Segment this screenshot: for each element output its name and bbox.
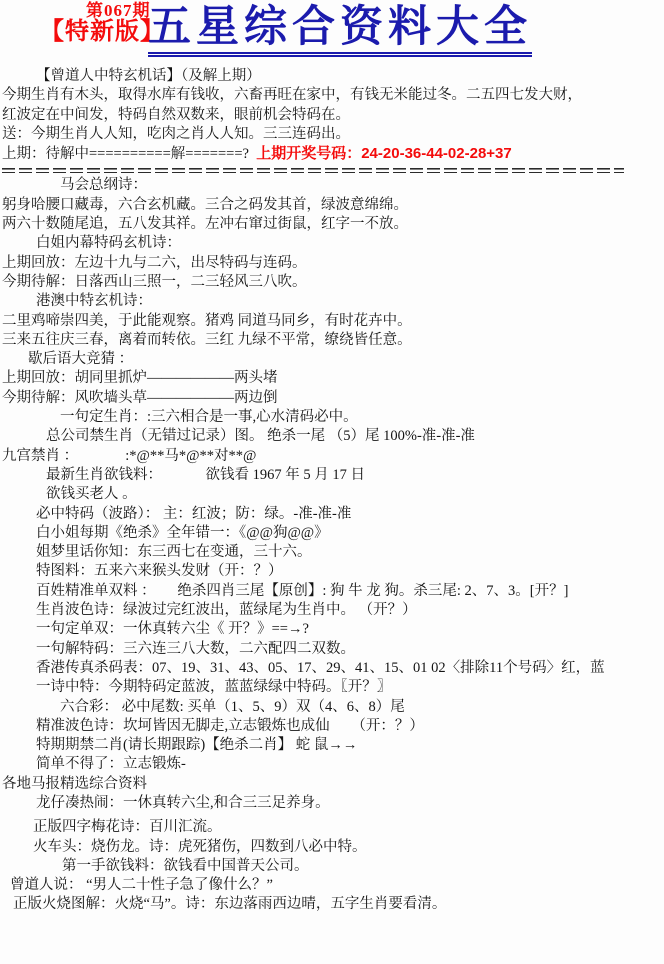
text-line-body: 龙仔凑热闹：一休真转六尘,和合三三足养身。 [36, 795, 330, 811]
text-line: 龙仔凑热闹：一休真转六尘,和合三三足养身。 [0, 794, 664, 813]
text-line-body: 今期生肖有木头，取得水库有钱收，六畜再旺在家中，有钱无米能过冬。二五四七发大财， [2, 87, 582, 103]
text-line: 正版火烧图解：火烧“马”。诗：东边落雨西边晴，五字生肖要看清。 [0, 895, 664, 914]
text-line: 姐梦里话你知：东三西七在变通，三十六。 [0, 543, 664, 562]
text-line-body: 姐梦里话你知：东三西七在变通，三十六。 [36, 544, 312, 560]
text-line: 白姐内幕特码玄机诗： [0, 234, 664, 253]
text-line-body: 各地马报精选综合资料 [2, 776, 147, 792]
text-line: 二里鸡啼崇四美，于此能观察。猪鸡 同道马同乡，有时花卉中。 [0, 312, 664, 331]
text-line-body: 香港传真杀码表：07、19、31、43、05、17、29、41、15、01 02… [36, 660, 605, 676]
text-line-body: 马会总纲诗： [60, 177, 147, 193]
text-line-body: 简单不得了：立志锻炼- [36, 756, 186, 772]
text-line-body: 今期待解：风吹墙头草——————两边倒 [2, 390, 278, 406]
text-line: 特图料：五来六来猴头发财（开：？） [0, 562, 664, 581]
text-line: 曾道人说： “男人二十性子急了像什么？” [0, 876, 664, 895]
divider-rule [2, 168, 624, 173]
text-line: 今期待解：日落西山三照一，二三轻风三八吹。 [0, 273, 664, 292]
text-line: 第一手欲钱料：欲钱看中国普天公司。 [0, 857, 664, 876]
text-line: 港澳中特玄机诗： [0, 292, 664, 311]
text-line-body: 一句定生肖：:三六相合是一事,心水清码必中。 [60, 409, 358, 425]
text-line: 欲钱买老人 。 [0, 485, 664, 504]
text-line: 总公司禁生肖（无错过记录）图。 绝杀一尾 （5）尾 100%-准-准-准 [0, 427, 664, 446]
prev-draw-result: 上期开奖号码：24-20-36-44-02-28+37 [256, 145, 512, 162]
text-line: 上期：待解中==========解=======? 上期开奖号码：24-20-3… [0, 144, 664, 164]
text-line: 上期回放：胡同里抓炉——————两头堵 [0, 369, 664, 388]
text-line: 正版四字梅花诗：百川汇流。 [0, 818, 664, 837]
issue-number: 第067期 [40, 2, 165, 20]
text-line-body: 欲钱买老人 。 [46, 486, 137, 502]
text-line: 一句解特码：三六连三八大数，二六配四二双数。 [0, 640, 664, 659]
lottery-info-sheet: 第067期 【特新版】 五星综合资料大全 【曾道人中特玄机话】（及解上期）今期生… [0, 0, 664, 964]
text-line: 歇后语大竞猜 ： [0, 350, 664, 369]
text-line-body: 生肖波色诗：绿波过完红波出，蓝绿尾为生肖中。 （开？） [36, 602, 417, 618]
text-line-body: 火车头：烧伤龙。诗：虎死猪伤，四数到八必中特。 [33, 839, 367, 855]
text-line-body: 总公司禁生肖（无错过记录）图。 绝杀一尾 （5）尾 100%-准-准-准 [46, 428, 475, 444]
text-line-body: 白小姐每期《绝杀》全年错一：《@@狗@@》 [36, 525, 329, 541]
text-line-body: 今期待解：日落西山三照一，二三轻风三八吹。 [2, 274, 307, 290]
text-line-body: 九宫禁肖 ： :*@**马*@**对**@ [2, 448, 256, 464]
text-line-body: 两六十数随尾追，五八发其祥。左冲右窜过街鼠，红字一不放。 [2, 216, 408, 232]
text-line-body: 特图料：五来六来猴头发财（开：？） [36, 563, 283, 579]
text-line-body: 白姐内幕特码玄机诗： [36, 235, 181, 251]
text-line: 一句定单双：一休真转六尘《 开？》==→? [0, 620, 664, 639]
text-line: 生肖波色诗：绿波过完红波出，蓝绿尾为生肖中。 （开？） [0, 601, 664, 620]
text-line-body: 港澳中特玄机诗： [36, 293, 152, 309]
text-line: 今期待解：风吹墙头草——————两边倒 [0, 389, 664, 408]
text-line: 送：今期生肖人人知，吃肉之肖人人知。三三连码出。 [0, 125, 664, 144]
text-line: 一诗中特：今期特码定蓝波，蓝蓝绿绿中特码。〖开？〗 [0, 678, 664, 697]
text-line-body: 红波定在中间发，特码自然双数来，眼前机会特码在。 [2, 107, 350, 123]
text-line: 红波定在中间发，特码自然双数来，眼前机会特码在。 [0, 106, 664, 125]
edition-label: 【特新版】 [40, 20, 165, 45]
text-line: 必中特码（波路）： 主：红波；防：绿。-准-准-准 [0, 505, 664, 524]
text-line-body: 第一手欲钱料：欲钱看中国普天公司。 [62, 858, 309, 874]
page-title: 五星综合资料大全 [148, 4, 532, 57]
text-line-body: 一诗中特：今期特码定蓝波，蓝蓝绿绿中特码。〖开？〗 [36, 679, 391, 695]
text-line: 上期回放：左边十九与二六，出尽特码与连码。 [0, 254, 664, 273]
text-line: 最新生肖欲钱料： 欲钱看 1967 年 5 月 17 日 [0, 466, 664, 485]
text-line-body: 曾道人说： “男人二十性子急了像什么？” [10, 877, 273, 893]
text-line-body: 歇后语大竞猜 ： [28, 351, 133, 367]
text-line: 躬身哈腰口藏毒，六合玄机藏。三合之码发其首，绿波意绵绵。 [0, 196, 664, 215]
edition-badge: 第067期 【特新版】 [40, 2, 165, 45]
text-line: 一句定生肖：:三六相合是一事,心水清码必中。 [0, 408, 664, 427]
text-line: 精准波色诗：坎坷皆因无脚走,立志锻炼也成仙 （开：？） [0, 717, 664, 736]
text-line: 九宫禁肖 ： :*@**马*@**对**@ [0, 447, 664, 466]
text-line: 白小姐每期《绝杀》全年错一：《@@狗@@》 [0, 524, 664, 543]
text-line: 两六十数随尾追，五八发其祥。左冲右窜过街鼠，红字一不放。 [0, 215, 664, 234]
text-line: 各地马报精选综合资料 [0, 775, 664, 794]
text-line-body: 上期：待解中==========解=======? [2, 146, 256, 162]
text-line: 百姓精准单双料 ： 绝杀四肖三尾【原创】: 狗 牛 龙 狗。杀三尾: 2、7、3… [0, 582, 664, 601]
text-line: 马会总纲诗： [0, 176, 664, 195]
text-line-body: 正版火烧图解：火烧“马”。诗：东边落雨西边晴，五字生肖要看清。 [13, 896, 446, 912]
text-line-body: 必中特码（波路）： 主：红波；防：绿。-准-准-准 [36, 506, 351, 522]
text-line-body: 一句定单双：一休真转六尘《 开？》==→? [36, 621, 309, 637]
text-line: 今期生肖有木头，取得水库有钱收，六畜再旺在家中，有钱无米能过冬。二五四七发大财， [0, 86, 664, 105]
text-line: 三来五往庆三春，离着而转依。三红 九绿不平常，缭绕皆任意。 [0, 331, 664, 350]
text-line-body: 最新生肖欲钱料： 欲钱看 1967 年 5 月 17 日 [46, 467, 365, 483]
text-line-body: 【曾道人中特玄机话】（及解上期） [36, 68, 261, 84]
text-line-body: 二里鸡啼崇四美，于此能观察。猪鸡 同道马同乡，有时花卉中。 [2, 313, 412, 329]
text-line: 简单不得了：立志锻炼- [0, 755, 664, 774]
text-line-body: 六合彩： 必中尾数: 买单（1、5、9）双（4、6、8）尾 [60, 699, 405, 715]
text-line: 【曾道人中特玄机话】（及解上期） [0, 67, 664, 86]
text-line-body: 一句解特码：三六连三八大数，二六配四二双数。 [36, 641, 355, 657]
text-line-body: 躬身哈腰口藏毒，六合玄机藏。三合之码发其首，绿波意绵绵。 [2, 197, 408, 213]
text-line-body: 上期回放：胡同里抓炉——————两头堵 [2, 370, 278, 386]
text-line-body: 三来五往庆三春，离着而转依。三红 九绿不平常，缭绕皆任意。 [2, 332, 412, 348]
text-line-body: 上期回放：左边十九与二六，出尽特码与连码。 [2, 255, 307, 271]
text-line: 六合彩： 必中尾数: 买单（1、5、9）双（4、6、8）尾 [0, 698, 664, 717]
text-content: 【曾道人中特玄机话】（及解上期）今期生肖有木头，取得水库有钱收，六畜再旺在家中，… [0, 64, 664, 915]
page-header: 第067期 【特新版】 五星综合资料大全 [0, 0, 664, 64]
text-line: 火车头：烧伤龙。诗：虎死猪伤，四数到八必中特。 [0, 838, 664, 857]
text-line-body: 送：今期生肖人人知，吃肉之肖人人知。三三连码出。 [2, 126, 350, 142]
text-line: 香港传真杀码表：07、19、31、43、05、17、29、41、15、01 02… [0, 659, 664, 678]
text-line-body: 正版四字梅花诗：百川汇流。 [33, 819, 222, 835]
text-line-body: 精准波色诗：坎坷皆因无脚走,立志锻炼也成仙 （开：？） [36, 718, 424, 734]
text-line-body: 百姓精准单双料 ： 绝杀四肖三尾【原创】: 狗 牛 龙 狗。杀三尾: 2、7、3… [36, 583, 568, 599]
text-line-body: 特期期禁二肖(请长期跟踪)【绝杀二肖】 蛇 鼠→→ [36, 737, 357, 753]
text-line: 特期期禁二肖(请长期跟踪)【绝杀二肖】 蛇 鼠→→ [0, 736, 664, 755]
